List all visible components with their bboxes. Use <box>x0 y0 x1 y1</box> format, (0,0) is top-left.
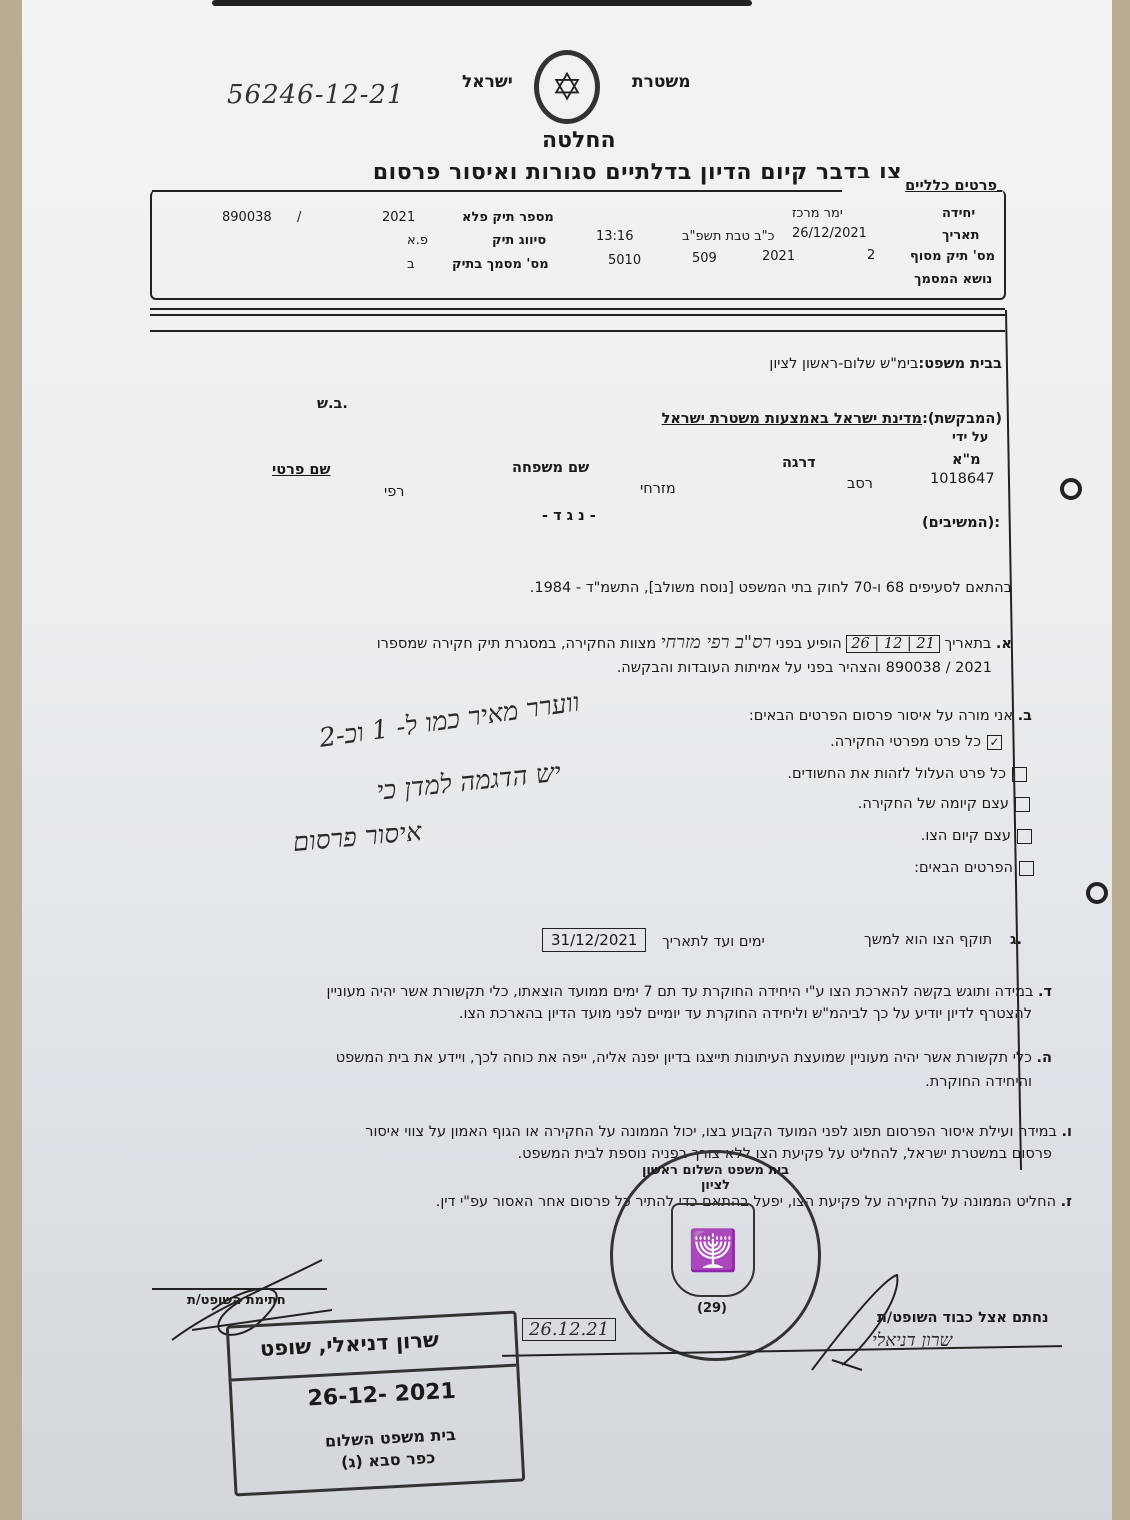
option-label: כל פרט העלול לזהות את החשודים. <box>787 766 1006 782</box>
section-e-line2: והיחידה החוקרת. <box>152 1074 1032 1090</box>
value-doc-number: ב <box>407 257 415 272</box>
option-label: כל פרט מפרטי החקירה. <box>830 734 981 750</box>
court-line: בבית משפט:בימ"ש שלום-ראשון לציון <box>582 356 1002 372</box>
section-a-letter: א. <box>996 636 1012 652</box>
court-label: בבית משפט: <box>918 356 1002 372</box>
checkbox-checked-icon[interactable]: ✓ <box>987 735 1002 750</box>
value-terminal-1: 2 <box>867 248 875 263</box>
section-d-letter: ד. <box>1038 984 1052 1000</box>
against-label: - נ ג ד - <box>542 508 596 524</box>
option-order-exists[interactable]: עצם קיום הצו. <box>802 828 1032 844</box>
judge-rect-stamp: שרון דניאלי, שופט 26-12- 2021 בית משפט ה… <box>226 1311 526 1497</box>
section-f-line1: ו. במידה ועילת איסור הפרסום תפוג לפני המ… <box>172 1124 1072 1140</box>
stamp-number: (29) <box>697 1301 727 1316</box>
officer-id: 1018647 <box>930 471 995 487</box>
officer-rank: רסב <box>847 476 873 492</box>
legal-basis: בהתאם לסעיפים 68 ו-70 לחוק בתי המשפט [נו… <box>442 580 1012 596</box>
label-unit: יחידה <box>942 206 975 221</box>
top-scan-edge <box>212 0 752 6</box>
officer-header-firstname: שם פרטי <box>272 462 331 478</box>
date-box-month: 12 <box>884 636 902 652</box>
section-a-line1: א. בתאריך 21 | 12 | 26 הופיע בפני רס"ב ר… <box>502 632 1012 653</box>
requester-value: מדינת ישראל באמצעות משטרת ישראל <box>662 411 922 427</box>
stamp-outer-text: בית משפט השלום ראשון לציון <box>633 1163 798 1193</box>
section-c-text1: תוקף הצו הוא למשך <box>864 932 992 948</box>
section-c-letter: ג. <box>1010 932 1022 948</box>
handwritten-sign-date: 26.12.21 <box>522 1318 616 1341</box>
section-f-line2: פרסום במשטרת ישראל, להחליט על פקיעת הצו … <box>172 1146 1052 1162</box>
handwritten-case-ref: 56246-12-21 <box>227 80 404 110</box>
section-a-line2: 2021 / 890038 והצהיר בפני על אמיתות העוב… <box>482 660 992 676</box>
band-bottom-line <box>150 330 1005 332</box>
officer-header-id: מ"א <box>952 452 981 468</box>
section-f-text1: במידה ועילת איסור הפרסום תפוג לפני המועד… <box>365 1124 1057 1140</box>
section-f-letter: ו. <box>1062 1124 1073 1140</box>
section-e-line1: ה. כלי תקשורת אשר יהיה מעוניין שמועצת הע… <box>152 1050 1052 1066</box>
option-identify-suspects[interactable]: כל פרט העלול לזהות את החשודים. <box>662 766 1027 782</box>
section-e-text1: כלי תקשורת אשר יהיה מעוניין שמועצת העיתו… <box>336 1050 1032 1066</box>
section-c-text2: ימים ועד לתאריך <box>662 934 765 950</box>
option-label: עצם קיום הצו. <box>921 828 1011 844</box>
section-a-text1b: הופיע בפני <box>776 636 842 652</box>
officer-lastname: מזרחי <box>640 481 676 497</box>
section-a-handwritten-name: רס"ב רפי מזרחי <box>661 632 771 653</box>
label-date: תאריך <box>942 228 980 243</box>
label-doc-number: מס' מסמך בתיק <box>452 257 549 272</box>
right-border-line <box>1005 310 1022 1170</box>
value-unit: ימר מרכז <box>792 206 843 221</box>
value-terminal-2: 2021 <box>762 249 795 264</box>
general-details-header: פרטים כלליים <box>842 178 997 194</box>
until-date-box: 31/12/2021 <box>542 928 646 952</box>
case-ref-bs: ב.ש. <box>317 396 348 412</box>
label-doc-subject: נושא המסמך <box>914 272 992 287</box>
option-label: עצם קיומה של החקירה. <box>858 796 1009 812</box>
stamp-court-line2: כפר סבא (ג) <box>341 1448 436 1472</box>
section-a-text1c: מצוות החקירה, במסגרת תיק חקירה שמספרו <box>377 636 656 652</box>
band-top-line <box>150 308 1005 310</box>
round-court-stamp: 🕎 (29) בית משפט השלום ראשון לציון <box>610 1150 821 1361</box>
logo-text-israel: ישראל <box>462 72 513 92</box>
section-d-line2: להצטרף לדיון יודיע על כך לביהמ"ש וליחידה… <box>152 1006 1032 1022</box>
stamp-court-line1: בית משפט השלום <box>324 1425 456 1451</box>
signature-line <box>502 1345 1062 1356</box>
label-pela-file: מספר תיק פלא <box>462 210 554 225</box>
checkbox-icon[interactable] <box>1017 829 1032 844</box>
value-file-class: פ.א <box>407 233 428 248</box>
option-following-details[interactable]: הפרטים הבאים: <box>802 860 1034 876</box>
section-b-intro: ב. אני מורה על איסור פרסום הפרטים הבאים: <box>662 708 1032 724</box>
value-time: 13:16 <box>596 229 633 244</box>
stamp-judge-name: שרון דניאלי, שופט <box>259 1328 439 1361</box>
section-g-letter: ז. <box>1061 1194 1072 1210</box>
requester-line: (המבקשת):מדינת ישראל באמצעות משטרת ישראל <box>522 411 1002 427</box>
checkbox-icon[interactable] <box>1012 767 1027 782</box>
document-page: 56246-12-21 ישראל ✡ משטרת החלטה צו בדבר … <box>22 0 1112 1520</box>
label-file-class: סיווג תיק <box>492 233 546 248</box>
stamp-divider <box>231 1364 516 1382</box>
logo-text-police: משטרת <box>632 72 691 92</box>
value-hebrew-date: כ"ב טבת תשפ"ב <box>682 229 775 244</box>
officer-firstname: רפי <box>384 484 404 500</box>
punch-hole-icon <box>1060 478 1082 500</box>
checkbox-icon[interactable] <box>1015 797 1030 812</box>
punch-hole-icon <box>1086 882 1108 904</box>
band-top-line-2 <box>150 314 1005 316</box>
value-pela-number: 890038 <box>222 210 272 225</box>
option-label: הפרטים הבאים: <box>914 860 1013 876</box>
general-details-box <box>150 190 1006 300</box>
value-pela-year: 2021 <box>382 210 415 225</box>
value-pela-sep: / <box>297 210 301 225</box>
value-terminal-4: 5010 <box>608 253 641 268</box>
police-star-emblem-icon: ✡ <box>534 50 600 124</box>
menorah-emblem-icon: 🕎 <box>671 1203 755 1297</box>
judge-signature-scribble-right <box>802 1270 922 1380</box>
officer-header-rank: דרגה <box>782 455 816 471</box>
section-d-line1: ד. במידה ותוגש בקשה להארכת הצו ע"י היחיד… <box>152 984 1052 1000</box>
stamp-date: 26-12- 2021 <box>307 1379 456 1412</box>
section-b-letter: ב. <box>1018 708 1032 724</box>
court-value: בימ"ש שלום-ראשון לציון <box>769 356 918 372</box>
by-label: על ידי <box>952 430 988 445</box>
respondents-label: (המשיבים): <box>922 515 1000 531</box>
section-e-letter: ה. <box>1037 1050 1052 1066</box>
section-d-text1: במידה ותוגש בקשה להארכת הצו ע"י היחידה ה… <box>327 984 1034 1000</box>
page-subtitle: צו בדבר קיום הדיון בדלתיים סגורות ואיסור… <box>252 160 902 185</box>
section-a-text1a: בתאריך <box>944 636 991 652</box>
officer-header-lastname: שם משפחה <box>512 460 589 476</box>
value-date: 26/12/2021 <box>792 226 867 241</box>
date-box-day: 26 <box>851 636 869 652</box>
date-box-year: 21 <box>916 636 934 652</box>
requester-label: (המבקשת): <box>922 411 1002 427</box>
option-investigation-exists[interactable]: עצם קיומה של החקירה. <box>722 796 1030 812</box>
value-terminal-3: 509 <box>692 251 717 266</box>
section-a-date-box: 21 | 12 | 26 <box>846 635 940 653</box>
section-b-intro-text: אני מורה על איסור פרסום הפרטים הבאים: <box>749 708 1013 724</box>
option-all-details[interactable]: ✓כל פרט מפרטי החקירה. <box>722 734 1002 750</box>
page-title: החלטה <box>542 128 616 153</box>
checkbox-icon[interactable] <box>1019 861 1034 876</box>
label-terminal-file: מס' תיק מסוף <box>910 249 995 264</box>
